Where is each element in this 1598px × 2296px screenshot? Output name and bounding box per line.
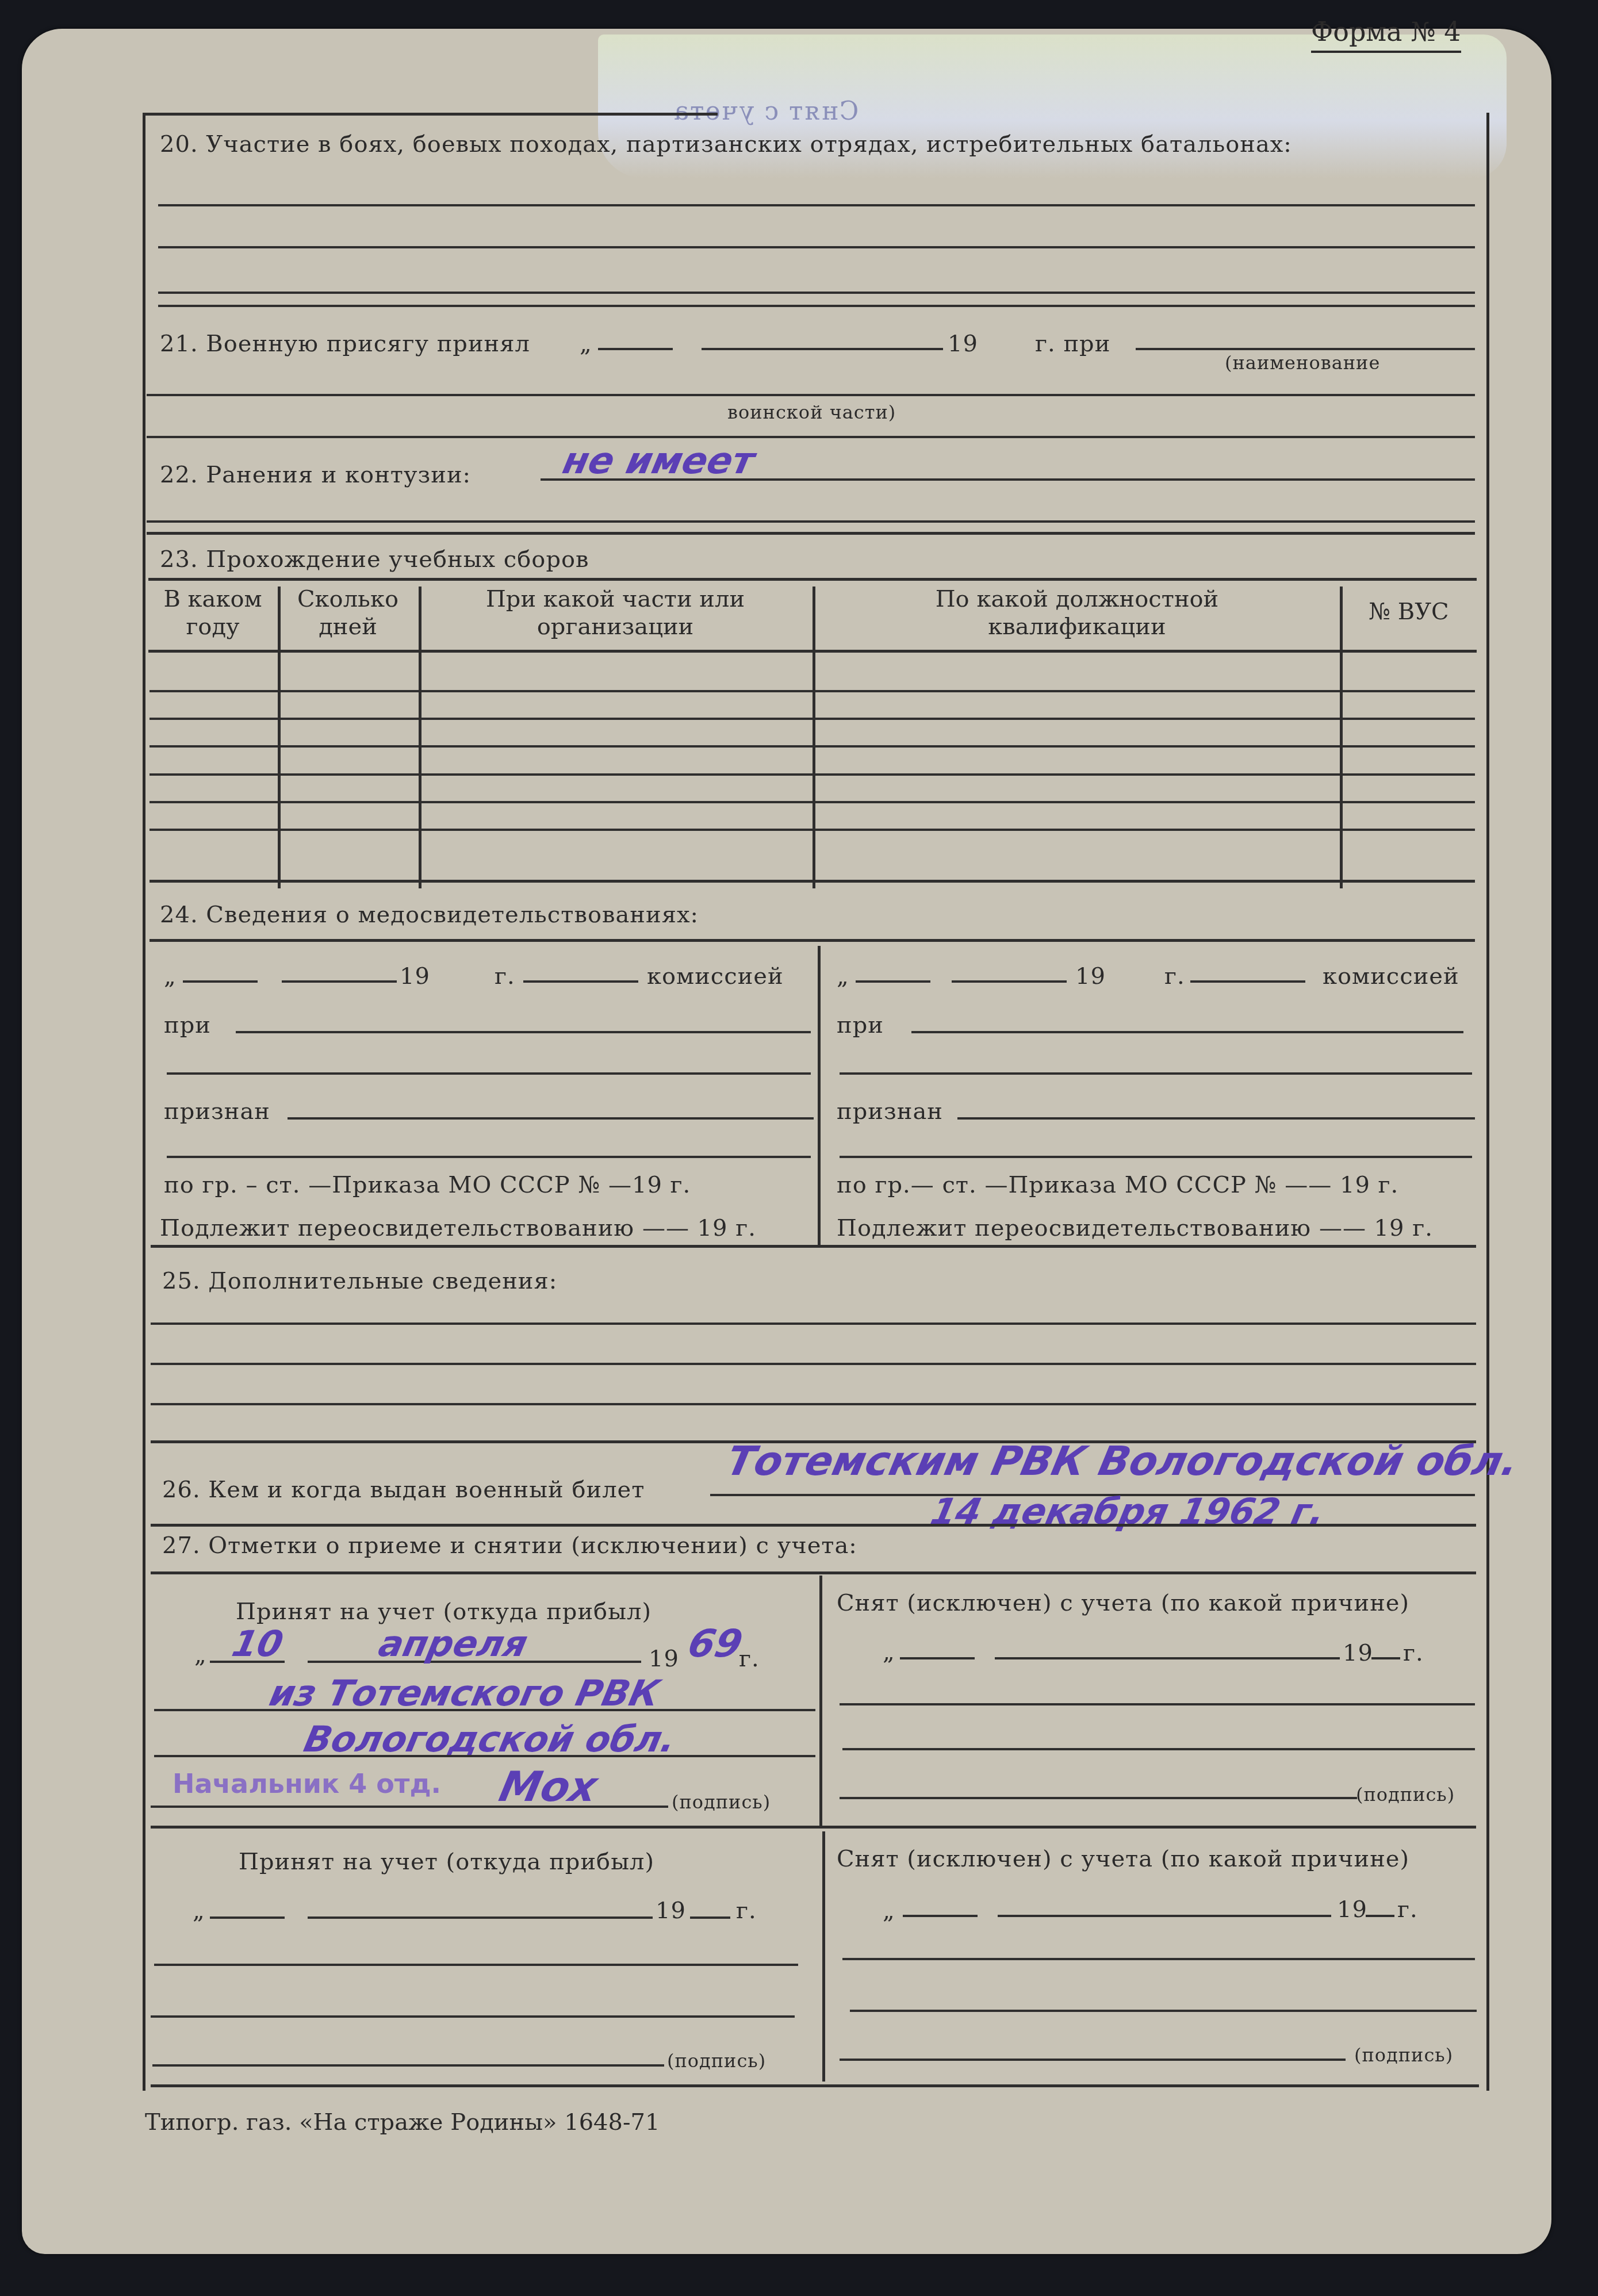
accept-1-from-field-1[interactable] [154, 1709, 815, 1711]
med-right-g: г. [1164, 963, 1185, 990]
col-divider-2 [419, 587, 421, 888]
accept-1-signature-field[interactable] [151, 1806, 668, 1808]
med-left-yy-field[interactable] [523, 980, 638, 983]
med-right-pri-label: при [837, 1012, 884, 1038]
remove-2-title: Снят (исключен) с учета (по какой причин… [837, 1846, 1409, 1872]
form-bottom-line [151, 2084, 1479, 2087]
section-22-label: 22. Ранения и контузии: [160, 462, 471, 488]
remove-2-reason-line-2[interactable] [850, 2010, 1477, 2012]
med-right-order: по гр.— ст. —Приказа МО СССР № —— 19 г. [837, 1172, 1398, 1198]
accept-2-month-field[interactable] [308, 1916, 653, 1919]
med-right-pri-line-2[interactable] [840, 1072, 1472, 1075]
section-24-label: 24. Сведения о медосвидетельствованиях: [160, 902, 699, 928]
oath-unit-hint: (наименование [1225, 352, 1380, 374]
section-20-line-2[interactable] [158, 246, 1475, 248]
section-27-middle-line [151, 1826, 1476, 1829]
remove-1-signature-field[interactable] [840, 1797, 1357, 1799]
remove-1-reason-line-1[interactable] [840, 1703, 1475, 1705]
oath-unit-hint-2: воинской части) [727, 401, 896, 423]
med-left-priznan-field[interactable] [288, 1117, 814, 1120]
col-header-unit: При какой части илиорганизации [420, 585, 811, 641]
accept-2-year-prefix: 19 [656, 1898, 686, 1924]
section-27-label: 27. Отметки о приеме и снятии (исключени… [162, 1532, 857, 1559]
col-divider-3 [813, 587, 815, 888]
military-id-issuer: Тотемским РВК Вологодской обл. [722, 1438, 1523, 1485]
med-right-day-field[interactable] [856, 980, 930, 983]
remove-2-reason-line-1[interactable] [842, 1958, 1475, 1960]
med-right-priznan-label: признан [837, 1098, 943, 1125]
med-left-quote: „ [164, 963, 177, 990]
wounds-line-2[interactable] [147, 520, 1475, 523]
wounds-field[interactable] [541, 478, 1475, 481]
accept-2-year-field[interactable] [690, 1916, 730, 1919]
med-left-pri-field[interactable] [236, 1031, 811, 1033]
med-right-month-field[interactable] [952, 980, 1067, 983]
remove-1-month-field[interactable] [995, 1657, 1340, 1659]
remove-2-year-prefix: 19 [1337, 1896, 1367, 1923]
section-27-divider-lower [822, 1831, 825, 2082]
section-21-label: 21. Военную присягу принял [160, 331, 530, 357]
med-left-priznan-line-2[interactable] [167, 1156, 811, 1158]
med-left-year: 19 [400, 963, 430, 990]
accept-2-g: г. [736, 1898, 757, 1924]
section-24-bottom-line [151, 1245, 1476, 1248]
table-row[interactable] [150, 745, 1475, 748]
accept-1-year: 69 [684, 1622, 746, 1666]
oath-date-quote: „ [580, 331, 592, 357]
section-24-divider [818, 946, 821, 1245]
remove-2-g: г. [1397, 1896, 1418, 1923]
accept-1-from-line-1: из Тотемского РВК [266, 1672, 664, 1714]
remove-2-sign-label: (подпись) [1354, 2044, 1453, 2066]
remove-1-year-field[interactable] [1371, 1657, 1400, 1659]
table-row[interactable] [150, 801, 1475, 803]
remove-2-day-field[interactable] [903, 1915, 978, 1917]
accept-1-year-prefix: 19 [649, 1646, 679, 1672]
chief-stamp: Начальник 4 отд. [173, 1768, 441, 1799]
med-left-recheck: Подлежит переосвидетельствованию —— 19 г… [160, 1215, 756, 1241]
printer-imprint: Типогр. газ. «На страже Родины» 1648-71 [145, 2109, 660, 2136]
oath-year-prefix: 19 [948, 331, 978, 357]
accept-1-month: апреля [375, 1623, 531, 1665]
table-row[interactable] [150, 718, 1475, 720]
table-top-line [148, 578, 1477, 581]
med-right-pri-field[interactable] [911, 1031, 1463, 1033]
accept-2-sign-label: (подпись) [667, 2050, 766, 2072]
remove-1-year-prefix: 19 [1343, 1640, 1373, 1666]
oath-day-field[interactable] [598, 348, 673, 350]
med-right-priznan-line-2[interactable] [840, 1156, 1472, 1158]
accept-1-from-line-2: Вологодской обл. [300, 1718, 680, 1760]
col-header-vus: № ВУС [1343, 598, 1475, 626]
section-20-label: 20. Участие в боях, боевых походах, парт… [160, 131, 1292, 158]
accept-2-signature-field[interactable] [152, 2064, 664, 2067]
accept-1-day: 10 [228, 1623, 287, 1665]
table-row[interactable] [150, 773, 1475, 776]
med-left-order: по гр. – ст. —Приказа МО СССР № —19 г. [164, 1172, 691, 1198]
remove-1-sign-label: (подпись) [1356, 1784, 1455, 1806]
remove-1-reason-line-2[interactable] [842, 1748, 1475, 1750]
remove-1-day-field[interactable] [900, 1657, 975, 1659]
accept-2-day-field[interactable] [210, 1916, 285, 1919]
remove-1-g: г. [1403, 1640, 1424, 1666]
section-25-label: 25. Дополнительные сведения: [162, 1268, 557, 1294]
col-divider-1 [278, 587, 281, 888]
col-header-qualification: По какой должностнойквалификации [815, 585, 1339, 641]
med-left-commission: комиссией [647, 963, 784, 990]
section-20-line-3[interactable] [158, 292, 1475, 294]
med-right-recheck: Подлежит переосвидетельствованию —— 19 г… [837, 1215, 1433, 1241]
section-27-divider-upper [819, 1576, 822, 1826]
section-27-top-line [151, 1571, 1476, 1574]
oath-year-suffix: г. при [1035, 331, 1110, 357]
med-left-day-field[interactable] [183, 980, 258, 983]
accept-1-sign-label: (подпись) [672, 1791, 771, 1813]
table-row[interactable] [150, 690, 1475, 692]
remove-2-year-field[interactable] [1366, 1915, 1394, 1917]
section-23-label: 23. Прохождение учебных сборов [160, 546, 589, 573]
additional-line-1[interactable] [151, 1323, 1476, 1325]
col-header-year: В какомгоду [150, 585, 276, 641]
accept-1-quote: „ [194, 1642, 207, 1668]
remove-2-month-field[interactable] [998, 1915, 1331, 1917]
remove-2-signature-field[interactable] [840, 2059, 1346, 2061]
table-bottom-line [150, 880, 1475, 883]
accept-1-g: г. [739, 1646, 760, 1672]
section-24-top-line [150, 939, 1475, 942]
section-20-line-4 [158, 305, 1475, 307]
med-right-yy-field[interactable] [1190, 980, 1305, 983]
wounds-value: не имеет [559, 440, 758, 482]
accept-1-from-field-2[interactable] [154, 1755, 815, 1757]
oath-unit-line-2[interactable] [147, 394, 1475, 396]
remove-1-quote: „ [883, 1639, 895, 1665]
form-number: Форма № 4 [1311, 16, 1461, 53]
accept-1-signature: Мох [495, 1762, 601, 1811]
remove-1-title: Снят (исключен) с учета (по какой причин… [837, 1590, 1409, 1616]
additional-line-3[interactable] [151, 1403, 1476, 1405]
med-left-month-field[interactable] [282, 980, 397, 983]
med-left-priznan-label: признан [164, 1098, 270, 1125]
additional-line-2[interactable] [151, 1363, 1476, 1365]
accept-1-title: Принят на учет (откуда прибыл) [236, 1599, 652, 1625]
section-21-bottom-line [147, 436, 1475, 438]
col-divider-4 [1340, 587, 1343, 888]
section-20-line-1[interactable] [158, 204, 1475, 206]
table-row[interactable] [150, 829, 1475, 831]
section-26-label: 26. Кем и когда выдан военный билет [162, 1477, 645, 1503]
accept-2-quote: „ [193, 1898, 205, 1924]
accept-2-from-field-1[interactable] [154, 1964, 798, 1966]
section-26-bottom-line [151, 1524, 1476, 1527]
med-left-pri-line-2[interactable] [167, 1072, 811, 1075]
section-22-bottom-line [147, 532, 1475, 535]
col-header-days: Сколькодней [279, 585, 417, 641]
med-right-quote: „ [837, 963, 849, 990]
frame-top-line [143, 113, 718, 116]
med-left-pri-label: при [164, 1012, 211, 1038]
remove-2-quote: „ [883, 1898, 895, 1924]
oath-month-field[interactable] [702, 348, 943, 350]
med-right-priznan-field[interactable] [957, 1117, 1475, 1120]
med-left-g: г. [495, 963, 515, 990]
med-right-commission: комиссией [1323, 963, 1459, 990]
accept-2-title: Принят на учет (откуда прибыл) [239, 1849, 654, 1875]
oath-unit-field[interactable] [1136, 348, 1475, 350]
med-right-year: 19 [1075, 963, 1106, 990]
accept-2-from-field-2[interactable] [151, 2015, 795, 2018]
